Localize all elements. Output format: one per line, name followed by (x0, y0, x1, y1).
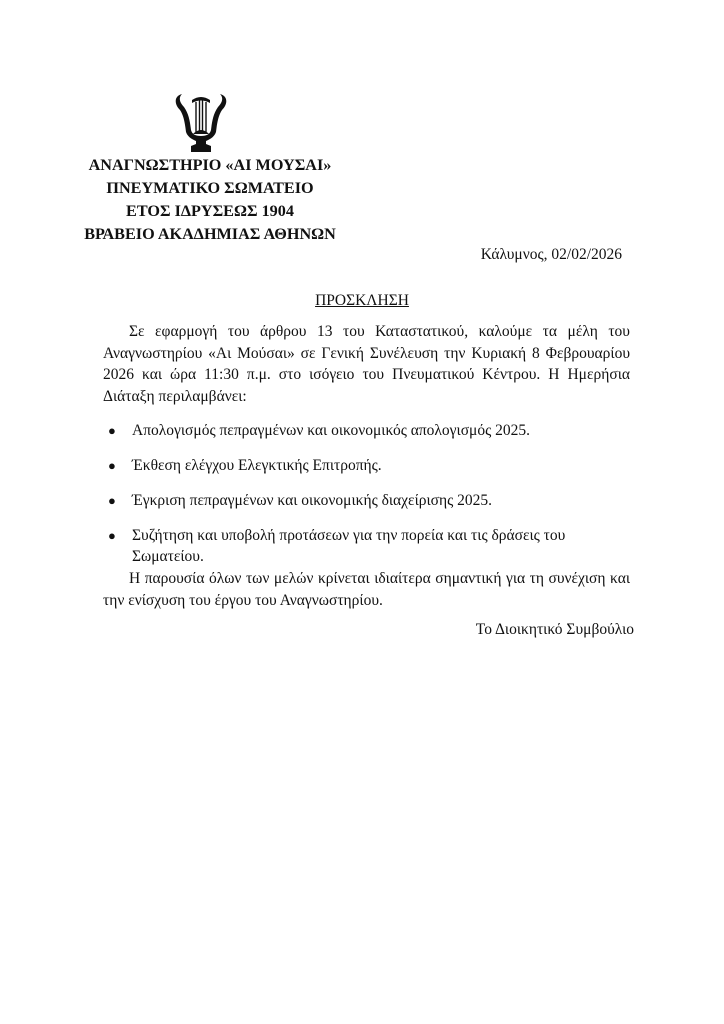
agenda-item-text: Έκθεση ελέγχου Ελεγκτικής Επιτροπής. (132, 457, 382, 474)
bullet-icon: ● (108, 455, 116, 476)
signature: Το Διοικητικό Συμβούλιο (476, 621, 634, 639)
intro-paragraph: Σε εφαρμογή του άρθρου 13 του Καταστατικ… (103, 321, 630, 407)
agenda-item: ● Έγκριση πεπραγμένων και οικονομικής δι… (103, 490, 630, 511)
bullet-icon: ● (108, 490, 116, 511)
place-date: Κάλυμνος, 02/02/2026 (481, 246, 622, 264)
agenda-item-text: Έγκριση πεπραγμένων και οικονομικής διαχ… (132, 492, 492, 509)
lyre-icon (172, 88, 230, 154)
org-type: ΠΝΕΥΜΑΤΙΚΟ ΣΩΜΑΤΕΙΟ (60, 177, 360, 200)
agenda-item: ● Έκθεση ελέγχου Ελεγκτικής Επιτροπής. (103, 455, 630, 476)
agenda-item-text: Συζήτηση και υποβολή προτάσεων για την π… (132, 527, 565, 565)
agenda-item: ● Απολογισμός πεπραγμένων και οικονομικό… (103, 420, 630, 441)
agenda-list: ● Απολογισμός πεπραγμένων και οικονομικό… (103, 420, 630, 581)
award-line: ΒΡΑΒΕΙΟ ΑΚΑΔΗΜΙΑΣ ΑΘΗΝΩΝ (60, 223, 360, 246)
document-title: ΠΡΟΣΚΛΗΣΗ (0, 292, 724, 310)
agenda-item-text: Απολογισμός πεπραγμένων και οικονομικός … (132, 422, 530, 439)
agenda-item: ● Συζήτηση και υποβολή προτάσεων για την… (103, 525, 630, 567)
document-page: ΑΝΑΓΝΩΣΤΗΡΙΟ «ΑΙ ΜΟΥΣΑΙ» ΠΝΕΥΜΑΤΙΚΟ ΣΩΜΑ… (0, 0, 724, 1024)
org-name: ΑΝΑΓΝΩΣΤΗΡΙΟ «ΑΙ ΜΟΥΣΑΙ» (60, 154, 360, 177)
bullet-icon: ● (108, 525, 116, 546)
closing-paragraph: Η παρουσία όλων των μελών κρίνεται ιδιαί… (103, 568, 630, 611)
founding-year: ΕΤΟΣ ΙΔΡΥΣΕΩΣ 1904 (60, 200, 360, 223)
organization-header: ΑΝΑΓΝΩΣΤΗΡΙΟ «ΑΙ ΜΟΥΣΑΙ» ΠΝΕΥΜΑΤΙΚΟ ΣΩΜΑ… (60, 154, 360, 246)
bullet-icon: ● (108, 420, 116, 441)
